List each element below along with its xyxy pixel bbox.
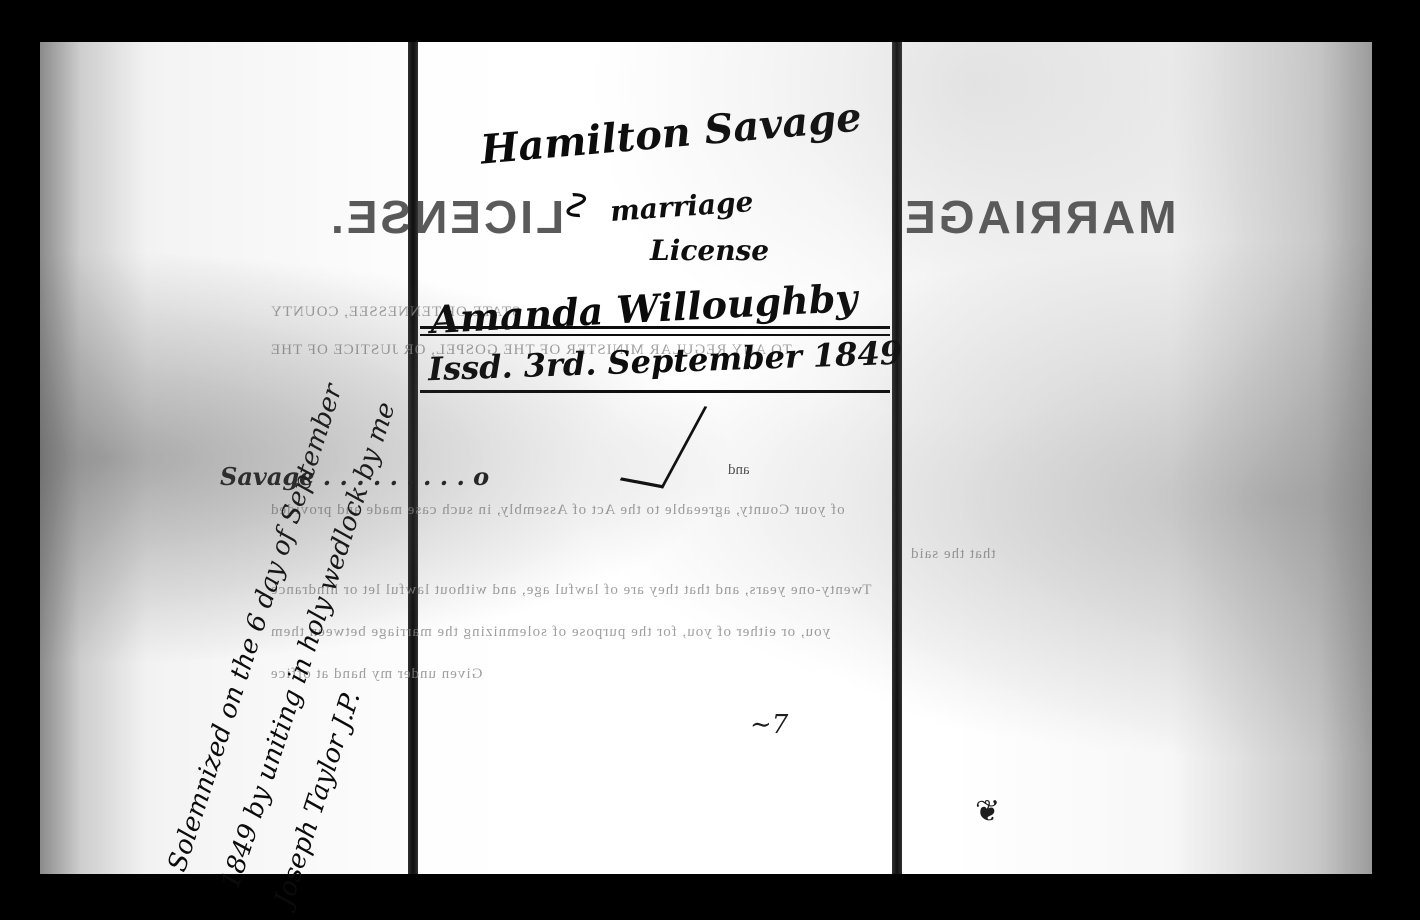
groom-name: Hamilton Savage bbox=[479, 93, 864, 173]
header-license-mirrored: LICENSE. bbox=[328, 190, 564, 244]
underline-3 bbox=[420, 390, 890, 393]
ink-mark: ∼7 bbox=[750, 710, 788, 740]
marriage-license-scan: LICENSE. MARRIAGE STATE OF TENNESSEE, CO… bbox=[40, 42, 1372, 874]
header-marriage-mirrored: MARRIAGE bbox=[902, 190, 1176, 244]
flourish-mark: ∿ bbox=[551, 185, 602, 226]
check-mark bbox=[620, 399, 707, 489]
marriage-label: marriage bbox=[609, 185, 754, 228]
underline-1 bbox=[420, 326, 890, 329]
printed-line-4: that the said bbox=[910, 546, 995, 563]
license-label: License bbox=[650, 234, 769, 267]
fold-line-right bbox=[892, 42, 902, 874]
solemnization-note: Solemnized on the 6 day of September 184… bbox=[150, 376, 468, 914]
printed-and: and bbox=[728, 462, 750, 479]
bride-name: Amanda Willoughby bbox=[429, 275, 858, 342]
ink-blot: ❦ bbox=[975, 794, 1000, 829]
